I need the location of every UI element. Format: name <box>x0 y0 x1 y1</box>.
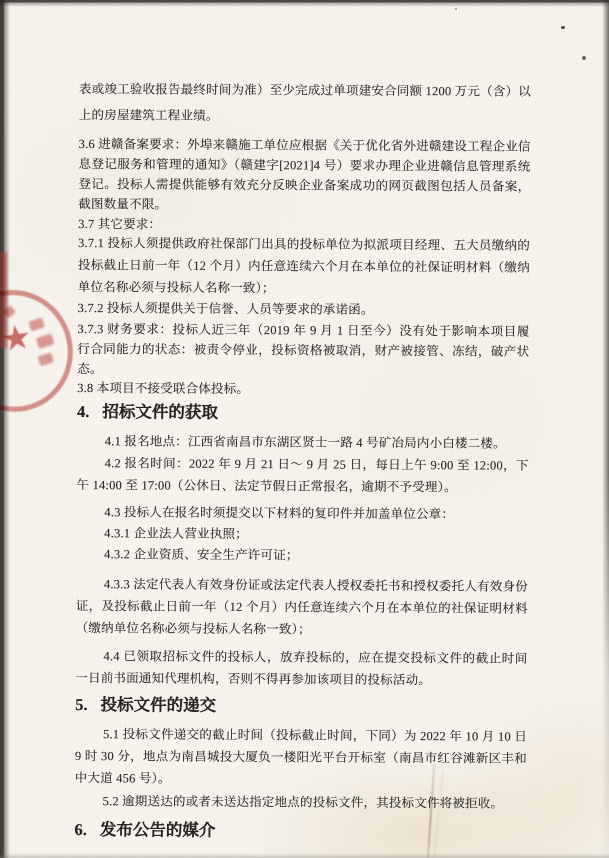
ink-speck <box>582 56 586 60</box>
section-heading-5-bid-submission: 5.投标文件的递交 <box>75 693 527 720</box>
paragraph-3-7-3-financial-requirement: 3.7.3 财务要求：投标人近三年（2019 年 9 月 1 日至今）没有处于影… <box>77 319 529 382</box>
paragraph-4-2-registration-time: 4.2 报名时间：2022 年 9 月 21 日～ 9 月 25 日，每日上午 … <box>76 452 528 499</box>
section-heading-6-announcement-media: 6.发布公告的媒介 <box>74 818 526 845</box>
section-number: 6. <box>74 820 86 839</box>
scan-edge-top <box>0 0 609 7</box>
scan-edge-bottom <box>0 853 609 858</box>
star-icon: ★ <box>0 321 34 359</box>
seal-character-smudge <box>3 305 16 318</box>
scan-edge-right <box>602 0 609 858</box>
seal-character-smudge <box>38 352 54 366</box>
seal-character-smudge <box>28 318 44 332</box>
section-number: 5. <box>75 695 87 714</box>
paragraph-5-2-late-bids-rejected: 5.2 逾期送达的或者未送达指定地点的投标文件，其投标文件将被拒收。 <box>75 791 527 815</box>
scan-edge-left <box>0 0 10 858</box>
paragraph-4-3-3-legal-rep-id: 4.3.3 法定代表人有效身份证或法定代表人授权委托书和授权委托人有效身份证，及… <box>76 573 528 642</box>
scanned-document-page: ★ 表或竣工验收报告最终时间为准）至少完成过单项建安合同额 1200 万元（含）… <box>0 0 609 858</box>
section-title: 招标文件的获取 <box>102 402 218 422</box>
section-title: 发布公告的媒介 <box>100 820 216 840</box>
ink-speck <box>561 26 565 29</box>
section-title: 投标文件的递交 <box>100 695 216 715</box>
ink-speck <box>455 8 457 10</box>
paragraph-4-3-required-copies: 4.3 投标人在报名时须提交以下材料的复印件并加盖单位公章： <box>76 502 528 526</box>
paragraph-5-1-submission-deadline: 5.1 投标文件递交的截止时间（投标截止时间，下同）为 2022 年 10 月 … <box>75 723 527 792</box>
paragraph-4-3-1-business-license: 4.3.1 企业法人营业执照； <box>76 523 528 547</box>
section-heading-4-obtain-tender-documents: 4.招标文件的获取 <box>77 400 529 427</box>
seal-ring <box>0 275 89 427</box>
section-number: 4. <box>77 402 89 421</box>
paragraph-3-6-jin-gan-registration: 3.6 进赣备案要求：外埠来赣施工单位应根据《关于优化省外进赣建设工程企业信息登… <box>78 134 530 217</box>
paragraph-contract-amount-continuation: 表或竣工验收报告最终时间为准）至少完成过单项建安合同额 1200 万元（含）以上… <box>79 76 531 131</box>
paragraph-4-1-registration-place: 4.1 报名地点：江西省南昌市东湖区贤士一路 4 号矿冶局内小白楼二楼。 <box>77 430 529 455</box>
paragraph-3-7-2-commitment-letter: 3.7.2 投标人须提供关于信誉、人员等要求的承诺函。 <box>78 298 530 322</box>
official-seal-stamp: ★ <box>0 275 87 424</box>
paragraph-4-3-2-qualifications: 4.3.2 企业资质、安全生产许可证； <box>76 544 528 568</box>
document-content: 表或竣工验收报告最终时间为准）至少完成过单项建安合同额 1200 万元（含）以上… <box>74 76 531 845</box>
seal-edge-smudge <box>0 252 7 348</box>
seal-character-smudge <box>36 333 55 348</box>
paragraph-3-8-no-consortium: 3.8 本项目不接受联合体投标。 <box>77 379 529 401</box>
paragraph-4-4-withdrawal-notice: 4.4 已领取招标文件的投标人，放弃投标的，应在提交投标文件的截止时间一日前书面… <box>75 645 527 692</box>
paragraph-3-7-1-social-security: 3.7.1 投标人须提供政府社保部门出具的投标单位为拟派项目经理、五大员缴纳的投… <box>78 232 530 301</box>
